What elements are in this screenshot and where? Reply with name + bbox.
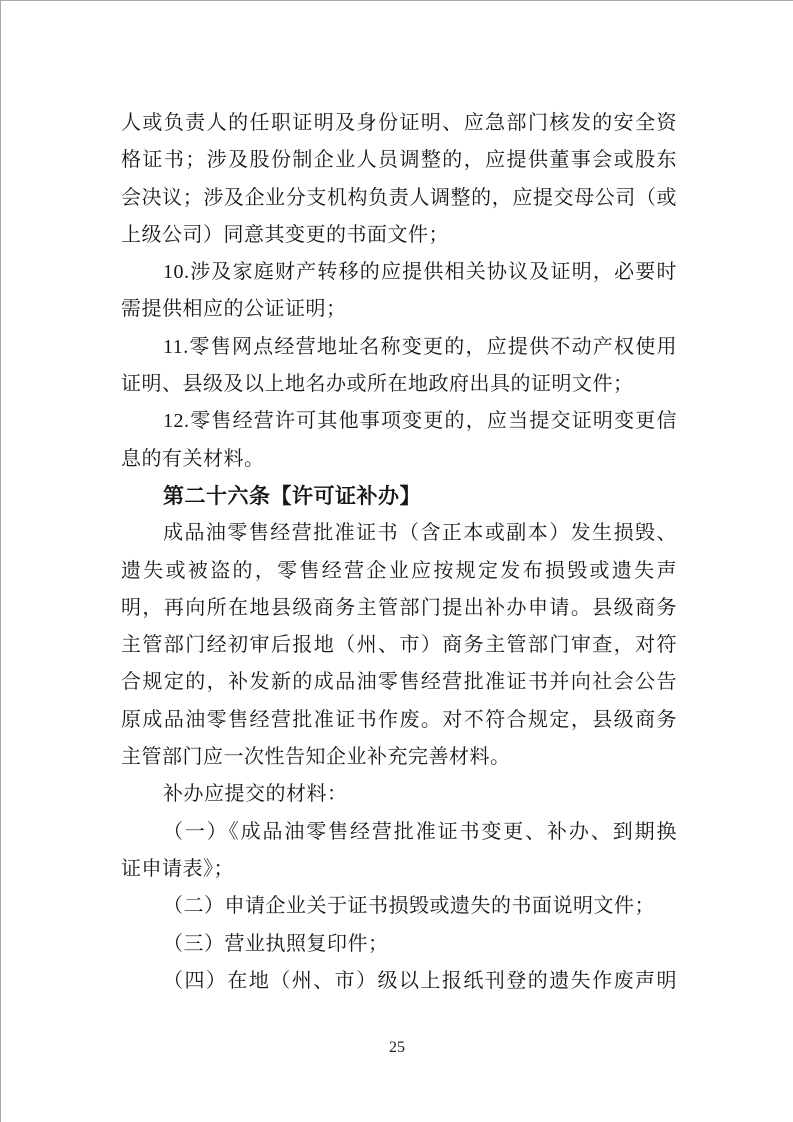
text-line: 补办应提交的材料： (121, 776, 677, 813)
text-line: 证申请表》； (121, 851, 677, 888)
text-line: 11.零售网点经营地址名称变更的，应提供不动产权使用 (121, 329, 677, 366)
text-line: 会决议；涉及企业分支机构负责人调整的，应提交母公司（或 (121, 180, 677, 217)
text-line: 证明、县级及以上地名办或所在地政府出具的证明文件； (121, 366, 677, 403)
text-line: 12.零售经营许可其他事项变更的，应当提交证明变更信 (121, 403, 677, 440)
document-page: 人或负责人的任职证明及身份证明、应急部门核发的安全资 格证书；涉及股份制企业人员… (0, 0, 793, 1122)
text-line: 原成品油零售经营批准证书作废。对不符合规定，县级商务 (121, 702, 677, 739)
text-line: 明，再向所在地县级商务主管部门提出补办申请。县级商务 (121, 590, 677, 627)
text-line: 需提供相应的公证证明； (121, 291, 677, 328)
page-number: 25 (1, 1038, 793, 1058)
text-line: 上级公司）同意其变更的书面文件； (121, 217, 677, 254)
text-line: （二）申请企业关于证书损毁或遗失的书面说明文件； (121, 888, 677, 925)
text-line: 主管部门应一次性告知企业补充完善材料。 (121, 739, 677, 776)
text-line: 格证书；涉及股份制企业人员调整的，应提供董事会或股东 (121, 142, 677, 179)
text-line: （一）《成品油零售经营批准证书变更、补办、到期换 (121, 814, 677, 851)
text-line: 遗失或被盗的，零售经营企业应按规定发布损毁或遗失声 (121, 553, 677, 590)
text-line: 10.涉及家庭财产转移的应提供相关协议及证明，必要时 (121, 254, 677, 291)
text-line: 合规定的，补发新的成品油零售经营批准证书并向社会公告 (121, 664, 677, 701)
text-line: 成品油零售经营批准证书（含正本或副本）发生损毁、 (121, 515, 677, 552)
article-heading: 第二十六条【许可证补办】 (121, 478, 677, 515)
text-line: （三）营业执照复印件； (121, 926, 677, 963)
text-line: 人或负责人的任职证明及身份证明、应急部门核发的安全资 (121, 105, 677, 142)
text-line: 主管部门经初审后报地（州、市）商务主管部门审查，对符 (121, 627, 677, 664)
document-body: 人或负责人的任职证明及身份证明、应急部门核发的安全资 格证书；涉及股份制企业人员… (121, 105, 677, 1000)
text-line: （四）在地（州、市）级以上报纸刊登的遗失作废声明 (121, 963, 677, 1000)
text-line: 息的有关材料。 (121, 441, 677, 478)
